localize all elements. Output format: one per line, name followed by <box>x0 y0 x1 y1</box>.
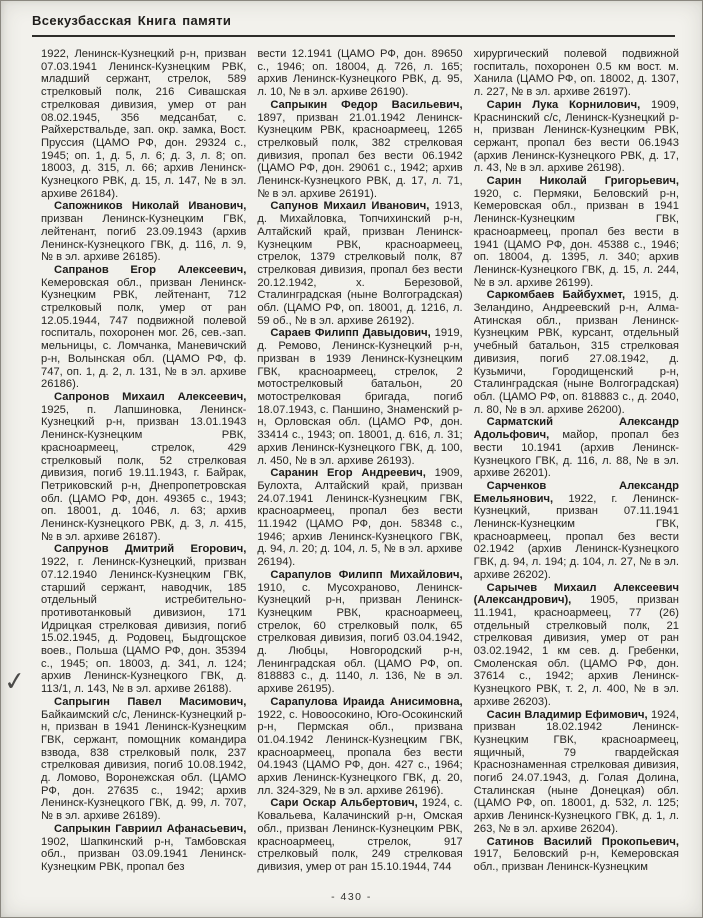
memorial-entry: Сапрунов Дмитрий Егорович, 1922, г. Лени… <box>41 543 246 695</box>
memorial-entry: Сарапулов Филипп Михайлович, 1910, с. Му… <box>257 569 462 696</box>
memorial-entry: Сатинов Василий Прокопьевич, 1917, Белов… <box>474 836 679 874</box>
entry-person-name: Сарычев Михаил Алексеевич (Александрович… <box>474 582 679 607</box>
text-columns: 1922, Ленинск-Кузнецкий р-н, призван 07.… <box>41 48 679 885</box>
memorial-entry: Сарматский Александр Адольфович, майор, … <box>474 416 679 480</box>
memorial-entry: хирургический полевой подвижной госпитал… <box>474 48 679 99</box>
header-rule <box>32 35 675 37</box>
memorial-entry: Сапрыкин Федор Васильевич, 1897, призван… <box>257 99 462 201</box>
memorial-entry: 1922, Ленинск-Кузнецкий р-н, призван 07.… <box>41 48 246 200</box>
entry-person-name: Сатинов Василий Прокопьевич, <box>487 836 679 848</box>
text-column-3: хирургический полевой подвижной госпитал… <box>474 48 679 885</box>
memorial-entry: Сарин Николай Григорьевич, 1920, с. Перм… <box>474 175 679 289</box>
memorial-entry: Сасин Владимир Ефимович, 1924, призван 1… <box>474 709 679 836</box>
entry-person-name: Сапожников Николай Иванович, <box>54 200 246 212</box>
memorial-entry: Сапунов Михаил Иванович, 1913, д. Михайл… <box>257 200 462 327</box>
scanned-book-page: Всекузбасская Книга памяти ✓ 1922, Ленин… <box>0 0 703 918</box>
memorial-entry: Саранин Егор Андреевич, 1909, Булохта, А… <box>257 467 462 569</box>
entry-person-name: Сапунов Михаил Иванович, <box>270 200 434 212</box>
text-column-2: вести 12.1941 (ЦАМО РФ, дон. 89650 с., 1… <box>257 48 462 885</box>
memorial-entry: Сарапулова Ираида Анисимовна, 1922, с. Н… <box>257 696 462 798</box>
entry-person-name: Сапранов Егор Алексеевич, <box>54 264 246 276</box>
memorial-entry: Сапожников Николай Иванович, призван Лен… <box>41 200 246 264</box>
entry-person-name: Сарченков Александр Емельянович, <box>474 480 679 505</box>
entry-person-name: Сасин Владимир Ефимович, <box>487 709 651 721</box>
entry-person-name: Сапрыгин Павел Масимович, <box>54 696 246 708</box>
entry-person-name: Саркомбаев Байбухмет, <box>487 289 634 301</box>
entry-person-name: Сапрунов Дмитрий Егорович, <box>54 543 246 555</box>
memorial-entry: Сараев Филипп Давыдович, 1919, д. Ремово… <box>257 327 462 467</box>
memorial-entry: Сапрыгин Павел Масимович, Байкаимский с/… <box>41 696 246 823</box>
memorial-entry: вести 12.1941 (ЦАМО РФ, дон. 89650 с., 1… <box>257 48 462 99</box>
book-title: Всекузбасская Книга памяти <box>32 13 231 28</box>
entry-person-name: Сапронов Михаил Алексеевич, <box>54 391 246 403</box>
page-number: - 430 - <box>331 891 372 903</box>
page-header: Всекузбасская Книга памяти <box>32 12 675 37</box>
memorial-entry: Сарычев Михаил Алексеевич (Александрович… <box>474 582 679 709</box>
memorial-entry: Сарин Лука Корнилович, 1909, Краснинский… <box>474 99 679 175</box>
entry-person-name: Саранин Егор Андреевич, <box>270 467 434 479</box>
page-footer: - 430 - <box>1 891 702 903</box>
memorial-entry: Сапранов Егор Алексеевич, Кемеровская об… <box>41 264 246 391</box>
entry-person-name: Сарин Николай Григорьевич, <box>487 175 679 187</box>
handwritten-checkmark: ✓ <box>2 666 27 698</box>
memorial-entry: Сапронов Михаил Алексеевич, 1925, п. Лап… <box>41 391 246 543</box>
entry-person-name: Сапрыкин Федор Васильевич, <box>270 99 462 111</box>
entry-person-name: Сарматский Александр Адольфович, <box>474 416 679 441</box>
entry-person-name: Сарин Лука Корнилович, <box>487 99 651 111</box>
memorial-entry: Сарченков Александр Емельянович, 1922, г… <box>474 480 679 582</box>
memorial-entry: Сари Оскар Альбертович, 1924, с. Ковалье… <box>257 797 462 873</box>
entry-person-name: Сарапулова Ираида Анисимовна, <box>270 696 462 708</box>
text-column-1: 1922, Ленинск-Кузнецкий р-н, призван 07.… <box>41 48 246 885</box>
memorial-entry: Саркомбаев Байбухмет, 1915, д. Зеландино… <box>474 289 679 416</box>
memorial-entry: Сапрыкин Гавриил Афанасьевич, 1902, Шапк… <box>41 823 246 874</box>
entry-person-name: Сари Оскар Альбертович, <box>270 797 422 809</box>
entry-person-name: Сараев Филипп Давыдович, <box>270 327 434 339</box>
entry-person-name: Сарапулов Филипп Михайлович, <box>270 569 462 581</box>
entry-person-name: Сапрыкин Гавриил Афанасьевич, <box>54 823 246 835</box>
